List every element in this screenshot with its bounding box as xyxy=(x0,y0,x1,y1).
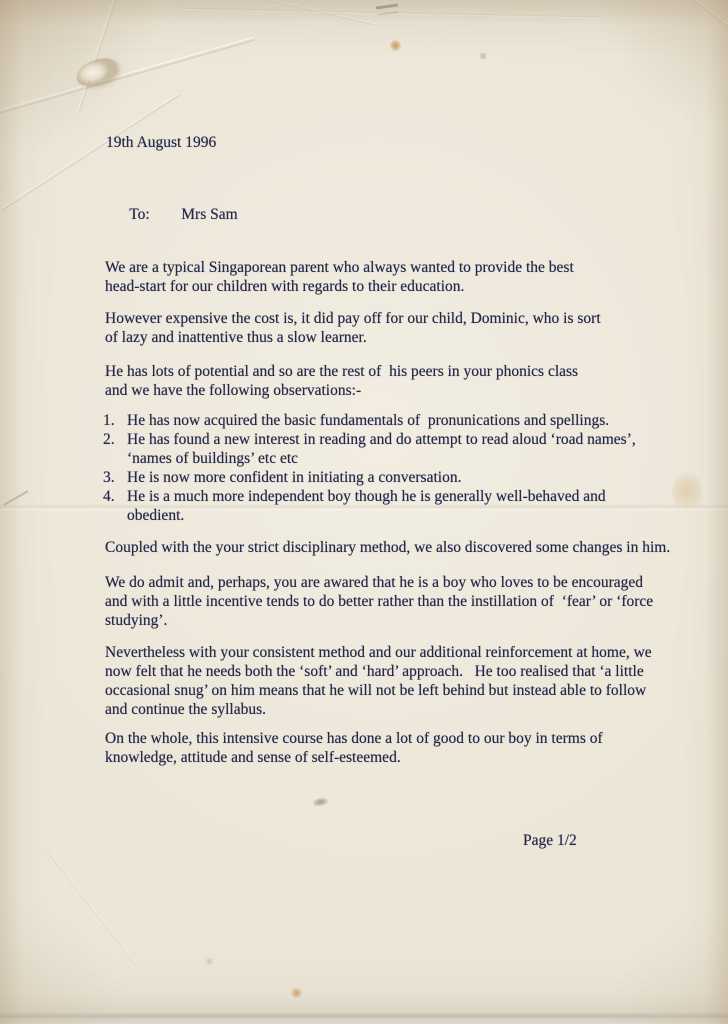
scanned-letter-page: 19th August 1996 To:Mrs Sam We are a typ… xyxy=(0,0,728,1024)
text-line: On the whole, this intensive course has … xyxy=(105,729,603,748)
text-line: and continue the syllabus. xyxy=(105,700,652,719)
text-line: of lazy and inattentive thus a slow lear… xyxy=(105,328,601,347)
text-line: He is now more confident in initiating a… xyxy=(127,468,636,487)
text-line: and we have the following observations:- xyxy=(105,381,578,400)
observation-number: 1. xyxy=(103,411,115,430)
observation-number: 2. xyxy=(103,430,115,449)
paragraph: We do admit and, perhaps, you are awared… xyxy=(105,573,653,630)
text-line: Coupled with the your strict disciplinar… xyxy=(105,538,670,557)
paragraph: He has lots of potential and so are the … xyxy=(105,362,578,400)
text-line: studying’. xyxy=(105,611,653,630)
text-line: obedient. xyxy=(127,506,636,525)
text-line: and with a little incentive tends to do … xyxy=(105,592,653,611)
recipient-name: Mrs Sam xyxy=(181,206,237,223)
paragraph: We are a typical Singaporean parent who … xyxy=(105,258,574,296)
letter-body: 19th August 1996 To:Mrs Sam We are a typ… xyxy=(0,0,728,1024)
text-line: knowledge, attitude and sense of self-es… xyxy=(105,748,603,767)
paragraph: On the whole, this intensive course has … xyxy=(105,729,603,767)
text-line: He has now acquired the basic fundamenta… xyxy=(127,411,636,430)
observation-number: 4. xyxy=(103,487,115,506)
page-number: Page 1/2 xyxy=(523,831,577,850)
text-line: He has found a new interest in reading a… xyxy=(127,430,636,449)
recipient-line: To:Mrs Sam xyxy=(106,186,238,243)
letter-date: 19th August 1996 xyxy=(106,133,216,152)
text-line: We are a typical Singaporean parent who … xyxy=(105,258,574,277)
observation-number: 3. xyxy=(103,468,115,487)
observation-item: 2. He has found a new interest in readin… xyxy=(103,430,636,468)
text-line: We do admit and, perhaps, you are awared… xyxy=(105,573,653,592)
text-line: occasional snug’ on him means that he wi… xyxy=(105,681,652,700)
text-line: now felt that he needs both the ‘soft’ a… xyxy=(105,662,652,681)
observation-item: 4. He is a much more independent boy tho… xyxy=(103,487,636,525)
text-line: He is a much more independent boy though… xyxy=(127,487,636,506)
observation-item: 1. He has now acquired the basic fundame… xyxy=(103,411,636,430)
observation-item: 3. He is now more confident in initiatin… xyxy=(103,468,636,487)
text-line: ‘names of buildings’ etc etc xyxy=(127,449,636,468)
paragraph: Coupled with the your strict disciplinar… xyxy=(105,538,670,557)
text-line: He has lots of potential and so are the … xyxy=(105,362,578,381)
paragraph: Nevertheless with your consistent method… xyxy=(105,643,652,719)
text-line: head-start for our children with regards… xyxy=(105,277,574,296)
paragraph: However expensive the cost is, it did pa… xyxy=(105,309,601,347)
text-line: Nevertheless with your consistent method… xyxy=(105,643,652,662)
recipient-label: To: xyxy=(129,205,181,224)
text-line: However expensive the cost is, it did pa… xyxy=(105,309,601,328)
observations-list: 1. He has now acquired the basic fundame… xyxy=(103,411,636,525)
